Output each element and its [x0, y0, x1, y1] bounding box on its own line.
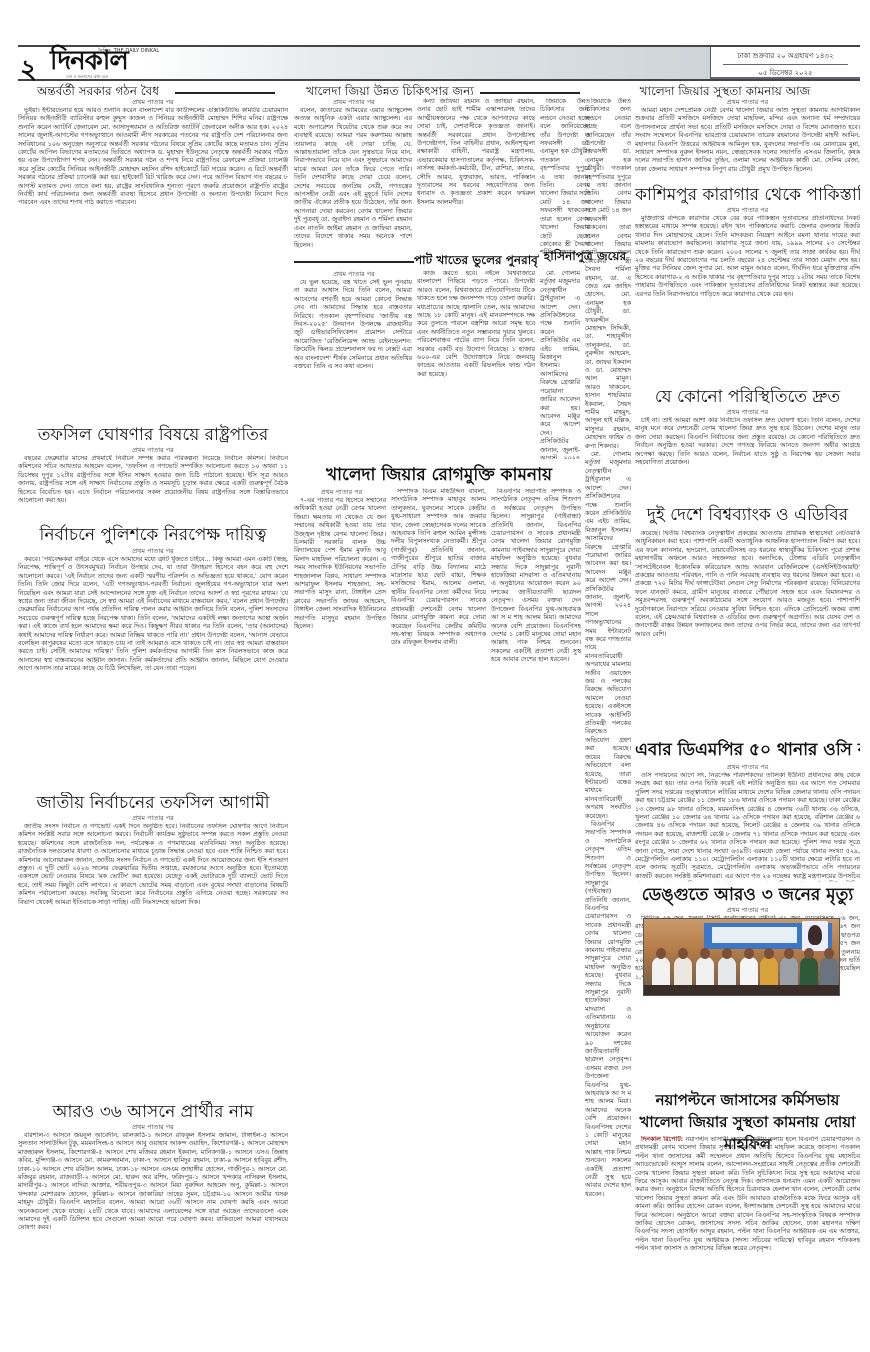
logo-english: দৈনিক THE DAILY DINKAL: [98, 48, 159, 56]
article-khaleda-health-prayer-body: আমরা মহান দেশপ্রেমিক নেত্রী বেগম খালেদা …: [635, 107, 860, 183]
runover-label: প্রথম পাতার পর: [635, 763, 860, 772]
news-photo: [643, 918, 840, 996]
runover-label: প্রথম পাতার পর: [18, 547, 288, 556]
divider: [175, 92, 275, 94]
headline-candidates: আরও ৩৬ আসনে প্রার্থীর নাম: [18, 1101, 288, 1123]
headline-schedule: তফসিল ঘোষণার বিষয়ে রাষ্ট্রপতির: [18, 424, 288, 446]
runover-label: প্রথম পাতার পর: [635, 906, 860, 915]
date-box: ঢাকা শুক্রবার ২০ অগ্রহায়ণ ১৪৩২ ০৫ ডিসেম…: [710, 47, 860, 79]
article-jasas-body: দিনকাল রিপোর্ট: নয়াপল্টন ভাসানী ভবনের ত…: [635, 1136, 860, 1352]
logo: দিনকাল দৈনিক THE DAILY DINKAL দেশ ও জনগণ…: [50, 47, 128, 75]
headline-khaleda-treatment: খালেদা জিয়া উন্নত চিকিৎসার জন্য: [290, 83, 490, 99]
article-any-situation-body: চাই না। তাই আমরা আশা করি নির্বাচনি তফসিল…: [635, 417, 860, 487]
headline-police: নির্বাচনে পুলিশকে নিরপেক্ষ দায়িত্ব: [18, 524, 288, 546]
article-khaleda-recovery-body-left: ৭-এর পাতার পর হিসেবে সম্মানের অধিকারী হও…: [294, 497, 386, 1352]
headline-khaleda-recovery: খালেদা জিয়ার রোগমুক্তি কামনায়: [294, 464, 584, 486]
article-jute-body-mid: কাজ করতে হবে। নইলে বিশ্ববাজারে বাংলাদেশ …: [417, 270, 535, 459]
article-world-bank-body: করেছে। দ্বিতীয় বিশ্বব্যাংক নেতৃত্বাধীন …: [635, 530, 860, 738]
headline-national-election: জাতীয় নির্বাচনের তফসিল আগামী: [18, 792, 288, 814]
newspaper-page: ২ দিনকাল দৈনিক THE DAILY DINKAL দেশ ও জন…: [0, 0, 870, 1352]
headline-jute: পাট খাতের ভুলের পুনরাবৃত্তি: [414, 252, 539, 268]
runover-label: প্রথম পাতার পর: [18, 814, 288, 823]
article-interim-gov-body: ভূইয়া। ইন্টারভেনার হয়ে আরও শুনানি করেন…: [18, 107, 288, 424]
article-khaleda-treatment-body-left: বলেন, কাতারের আমিরের এয়ার অ্যাম্বুলেন্স…: [294, 107, 412, 257]
byline: দিনকাল রিপোর্ট:: [641, 1136, 683, 1143]
date-bangla: ঢাকা শুক্রবার ২০ অগ্রহায়ণ ১৪৩২: [723, 50, 848, 65]
article-candidates-body: বরিশাল-৩ আসনে জয়নুল আবেদীন, ঝালকাঠি-১ আ…: [18, 1132, 288, 1322]
article-khaleda-recovery-body-mid: সম্পাদক বিএম মহিউদ্দিন বাবলা, সাংগঠনিক স…: [391, 488, 486, 1352]
runover-label: প্রথম পাতার পর: [18, 1123, 288, 1132]
article-kashimpur-body: মুক্তিপ্রাপ্ত বন্দিকে কারাগার থেকে বের ক…: [635, 215, 860, 385]
divider: [294, 261, 414, 263]
divider: [480, 92, 580, 94]
article-khaleda-treatment-body-right: জিয়াকে উন্নত চিকিৎসার জন্য লন্ডনে নেওয়…: [540, 98, 590, 257]
article-khaleda-treatment-body-mid: কন্যা জাফিয়া রহমান ও জাহিয়া রহমান, ওনা…: [417, 98, 535, 257]
headline-world-bank: দুই দেশে বিশ্বব্যাংক ও এডিবির: [635, 504, 860, 526]
headline-any-situation: যে কোনো পরিস্থিতিতে দ্রুত: [635, 386, 860, 408]
logo-tagline: দেশ ও জনগণের কথা বলে: [66, 74, 108, 81]
article-hasina-son-body: মো. গোলাম মর্তুজা মজুমদার নেতৃত্বাধীন ট্…: [540, 270, 580, 459]
headline-interim-gov: অন্তর্বর্তী সরকার গঠন বৈধ: [18, 83, 178, 99]
masthead: ২ দিনকাল দৈনিক THE DAILY DINKAL দেশ ও জন…: [18, 45, 860, 81]
runover-label: প্রথম পাতার পর: [635, 206, 860, 215]
runover-label: প্রথম পাতার পর: [635, 98, 860, 107]
headline-dengue: ডেঙ্গুতে আরও ৩ জনের মৃত্যু: [635, 884, 860, 906]
article-jute-body-left: যে ভুল হয়েছে, বস্ত্র খাতে সেই ভুল পুনরা…: [294, 279, 412, 459]
article-national-election-body: জাতীয় সংসদ নির্বাচন ও গণভোট একই দিনে অন…: [18, 823, 288, 1098]
article-police-body: করবে। 'পর্যবেক্ষকরা বাইরে থেকে এসে আমাদে…: [18, 556, 288, 790]
headline-dmp-oc: এবার ডিএমপির ৫০ থানার ওসি বদলি: [635, 739, 860, 761]
runover-label: প্রথম পাতার পর: [18, 446, 288, 455]
article-continuation-narrow: জিয়াকে উন্নত চিকিৎসার জন্য লন্ডনে নেওয়…: [585, 98, 631, 1352]
article-schedule-body: বছরের ফেব্রুয়ারি মাসের প্রথমার্ধে নির্ব…: [18, 455, 288, 523]
headline-khaleda-health-prayer: খালেদা জিয়ার সুস্থতা কামনায় আজ: [590, 83, 860, 99]
runover-label: প্রথম পাতার পর: [294, 98, 414, 107]
runover-label: প্রথম পাতার পর: [635, 408, 860, 417]
runover-label: প্রথম পাতার পর: [294, 488, 389, 497]
runover-label: প্রথম পাতার পর: [294, 270, 414, 279]
runover-label: প্রথম পাতার পর: [18, 98, 288, 107]
portrait-icon: [802, 921, 828, 951]
date-english: ০৫ ডিসেম্বর ২০২৫: [711, 67, 860, 79]
headline-kashimpur: কাশিমপুর কারাগার থেকে পাকিস্তানি: [635, 184, 860, 206]
article-khaleda-recovery-body-right: বিএনপির সভাপতি সম্পাদক ও সাংগঠনিক নেতৃবৃ…: [491, 488, 581, 1352]
article-dmp-oc-body: ওসি পদায়নের আগে সৎ, নিরপেক্ষ পরিদর্শকদে…: [635, 772, 860, 882]
